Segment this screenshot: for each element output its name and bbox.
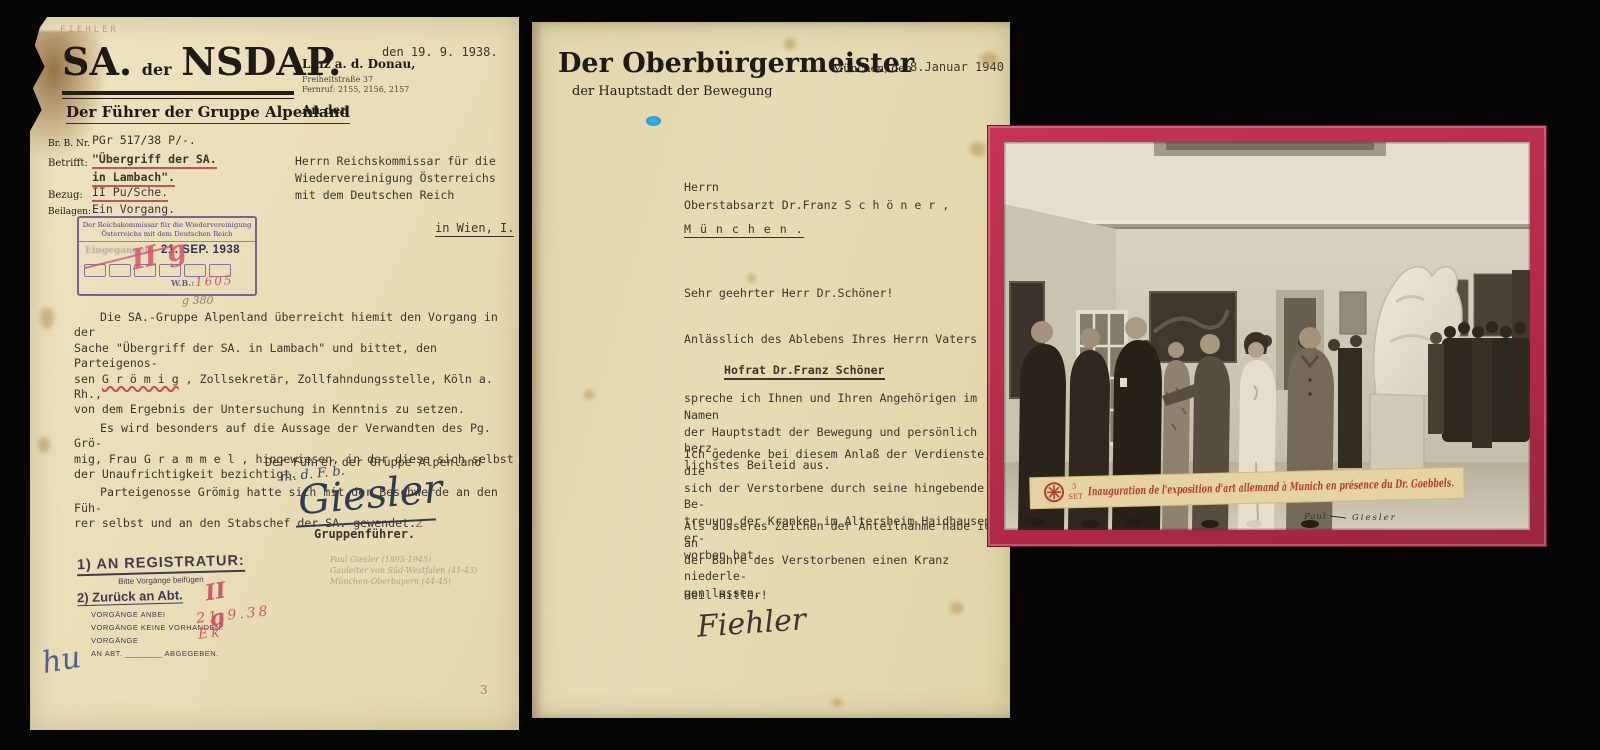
org-name-sa: SA. (62, 39, 132, 84)
wb-label: W.B.: (171, 278, 194, 288)
pencil-name-top: FIEHLER (60, 25, 119, 35)
closing-2: Heil Hitler! (684, 588, 768, 602)
wb-value: 1605 (195, 273, 234, 289)
pencil-annotation: Paul Giesler (1895-1945) Gauleiter von S… (330, 554, 477, 587)
header-rule (62, 91, 294, 99)
zurueck-an-abt: 2) Zurück an Abt. (77, 587, 183, 606)
date-line: den 19. 9. 1938. (382, 45, 498, 59)
page-number: 3 (480, 683, 488, 697)
betrifft-value-1: "Übergriff der SA. (92, 152, 217, 169)
ref-value: PGr 517/38 P/-. (92, 133, 196, 147)
receipt-stamp-line1: Der Reichskommissar für die Wiederverein… (79, 221, 255, 229)
letterhead-address: Freiheitstraße 37 Fernruf: 2155, 2156, 2… (302, 75, 409, 95)
registratur-stamp: 1) AN REGISTRATUR: Bitte Vorgänge beifüg… (77, 555, 245, 658)
org-subtitle-2: der Hauptstadt der Bewegung (572, 84, 773, 99)
closing-rank: Gruppenführer. (314, 527, 415, 541)
letter-sa-nsdap: FIEHLER SA. der NSDAP. Der Führer der Gr… (30, 17, 519, 730)
org-name-der: der (142, 60, 172, 79)
ref-label: Br. B. Nr. (48, 139, 90, 149)
recipient-block: Herrn Reichskommissar für die Wiedervere… (295, 153, 496, 204)
salutation-2: Sehr geehrter Herr Dr.Schöner! (684, 286, 893, 300)
paragraph-1: Die SA.-Gruppe Alpenland überreicht hiem… (74, 310, 524, 418)
receipt-stamp: Der Reichskommissar für die Wiederverein… (77, 216, 257, 296)
bezug-label: Bezug: (48, 190, 83, 201)
photo-framed: 3 SET Inauguration de l'exposition d'art… (988, 126, 1546, 546)
place-line-2: München, den (832, 62, 912, 75)
intro-2: Anlässlich des Ablebens Ihres Herrn Vate… (684, 332, 977, 346)
p1-name-groemig: G r ö m i g (102, 372, 179, 386)
blue-initials: hu (39, 640, 83, 681)
address-city-2: M ü n c h e n . (684, 222, 804, 238)
closing-title: Der Führer der Gruppe Alpenland (265, 455, 481, 469)
recipient-city: in Wien, I. (435, 221, 514, 237)
signature-fiehler: Fiehler (696, 602, 807, 645)
address-block-2: Herrn Oberstabsarzt Dr.Franz S c h ö n e… (684, 178, 949, 214)
archival-scan: { "colors": { "background": "#050505", "… (0, 0, 1600, 750)
registratur-line7: AN ABT. ________ ABGEGEBEN. (91, 649, 245, 658)
beilagen-value: Ein Vorgang. (92, 202, 175, 216)
blue-dot-mark (646, 116, 661, 126)
registratur-red-hand: 21.9.38 Ek (196, 603, 273, 643)
photo-scene: 3 SET Inauguration de l'exposition d'art… (1004, 142, 1530, 530)
p2-name-grammel: G r a m m e l , (144, 452, 249, 466)
place-line: Linz a. d. Donau, (302, 57, 415, 71)
registratur-line1: 1) AN REGISTRATUR: (77, 553, 245, 576)
subject-2: Hofrat Dr.Franz Schöner (724, 363, 885, 380)
stamp-pencil-note: g 380 (182, 294, 214, 307)
org-header: SA. der NSDAP. (62, 39, 341, 84)
betrifft-label: Betrifft: (48, 158, 88, 169)
an-den: An den (302, 103, 349, 117)
bezug-value: II Pu/Sche. (92, 185, 168, 202)
registratur-line3: 2) Zurück an Abt. II g (77, 585, 245, 607)
letter-oberbuergermeister: Der Oberbürgermeister der Hauptstadt der… (532, 22, 1010, 718)
